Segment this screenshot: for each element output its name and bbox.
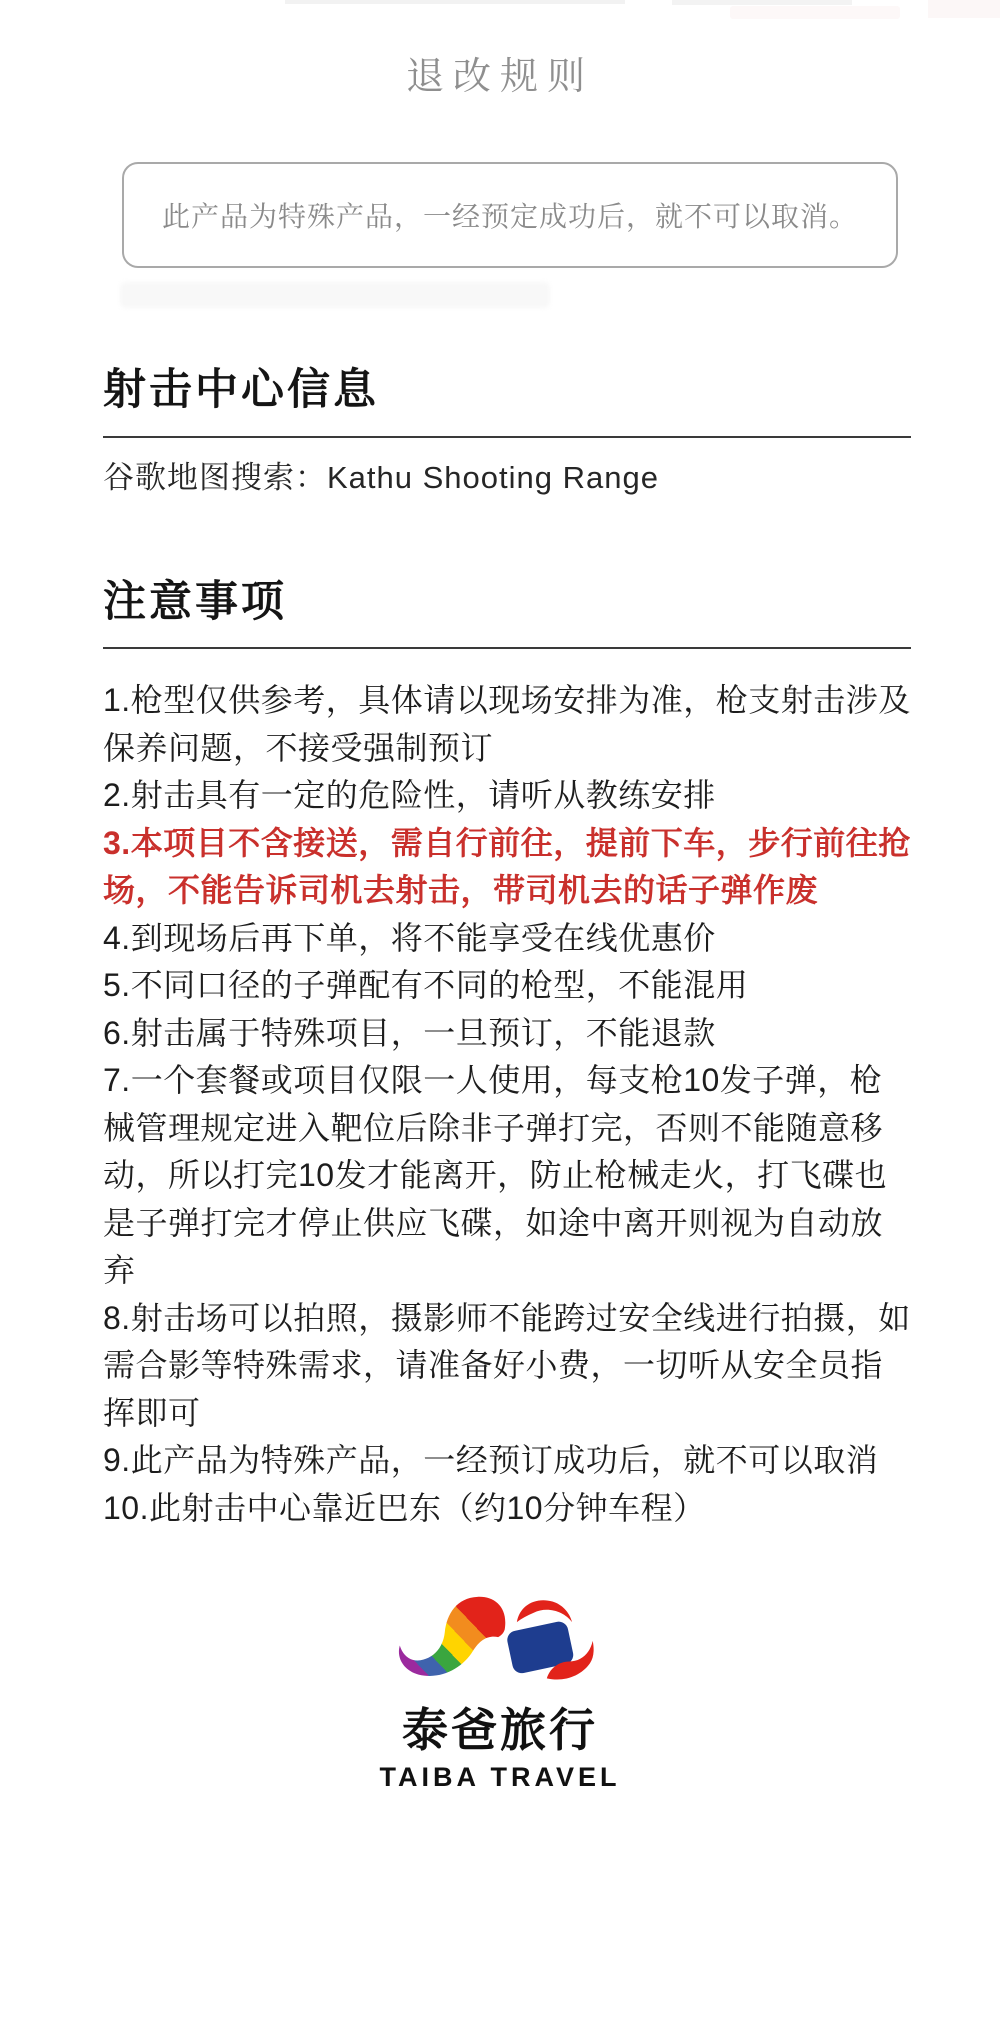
page-title: 退改规则 [0, 0, 1000, 101]
note-item-10: 10.此射击中心靠近巴东（约10分钟车程） [103, 1485, 911, 1533]
note-item-8: 8.射击场可以拍照，摄影师不能跨过安全线进行拍摄，如需合影等特殊需求，请准备好小… [103, 1295, 911, 1438]
brand-footer: 泰爸旅行 TAIBA TRAVEL [0, 1594, 1000, 1792]
divider [103, 647, 911, 649]
note-item-5: 5.不同口径的子弹配有不同的枪型，不能混用 [103, 962, 911, 1010]
ghost-watermark-artifact [120, 282, 550, 308]
logo-right-arc [517, 1600, 572, 1622]
rainbow-mustache-logo-icon [397, 1594, 603, 1684]
page-root: { "header": { "title": "退改规则" }, "notice… [0, 0, 1000, 2033]
note-item-6: 6.射击属于特殊项目，一旦预订，不能退款 [103, 1010, 911, 1058]
section-shooting-center-info: 射击中心信息 谷歌地图搜索：Kathu Shooting Range [103, 366, 911, 496]
note-item-7: 7.一个套餐或项目仅限一人使用，每支枪10发子弹，枪械管理规定进入靶位后除非子弹… [103, 1057, 911, 1295]
notes-list: 1.枪型仅供参考，具体请以现场安排为准，枪支射击涉及保养问题，不接受强制预订 2… [103, 677, 911, 1532]
note-item-2: 2.射击具有一定的危险性，请听从教练安排 [103, 772, 911, 820]
brand-name-cn: 泰爸旅行 [0, 1706, 1000, 1754]
notice-box: 此产品为特殊产品，一经预定成功后，就不可以取消。 [122, 162, 898, 268]
section-heading-shooting-center-info: 射击中心信息 [103, 366, 911, 415]
logo-left-wing [399, 1597, 505, 1676]
note-item-9: 9.此产品为特殊产品，一经预订成功后，就不可以取消 [103, 1437, 911, 1485]
section-heading-notes: 注意事项 [103, 578, 911, 627]
content-area: 射击中心信息 谷歌地图搜索：Kathu Shooting Range 注意事项 … [103, 366, 911, 1532]
note-item-1: 1.枪型仅供参考，具体请以现场安排为准，枪支射击涉及保养问题，不接受强制预订 [103, 677, 911, 772]
map-search-text: 谷歌地图搜索：Kathu Shooting Range [103, 459, 911, 496]
brand-name-en: TAIBA TRAVEL [0, 1763, 1000, 1791]
notice-text: 此产品为特殊产品，一经预定成功后，就不可以取消。 [142, 195, 878, 235]
note-item-4: 4.到现场后再下单，将不能享受在线优惠价 [103, 915, 911, 963]
note-item-3-warning: 3.本项目不含接送，需自行前往，提前下车，步行前往抢场，不能告诉司机去射击，带司… [103, 820, 911, 915]
section-notes: 注意事项 1.枪型仅供参考，具体请以现场安排为准，枪支射击涉及保养问题，不接受强… [103, 578, 911, 1532]
divider [103, 436, 911, 438]
